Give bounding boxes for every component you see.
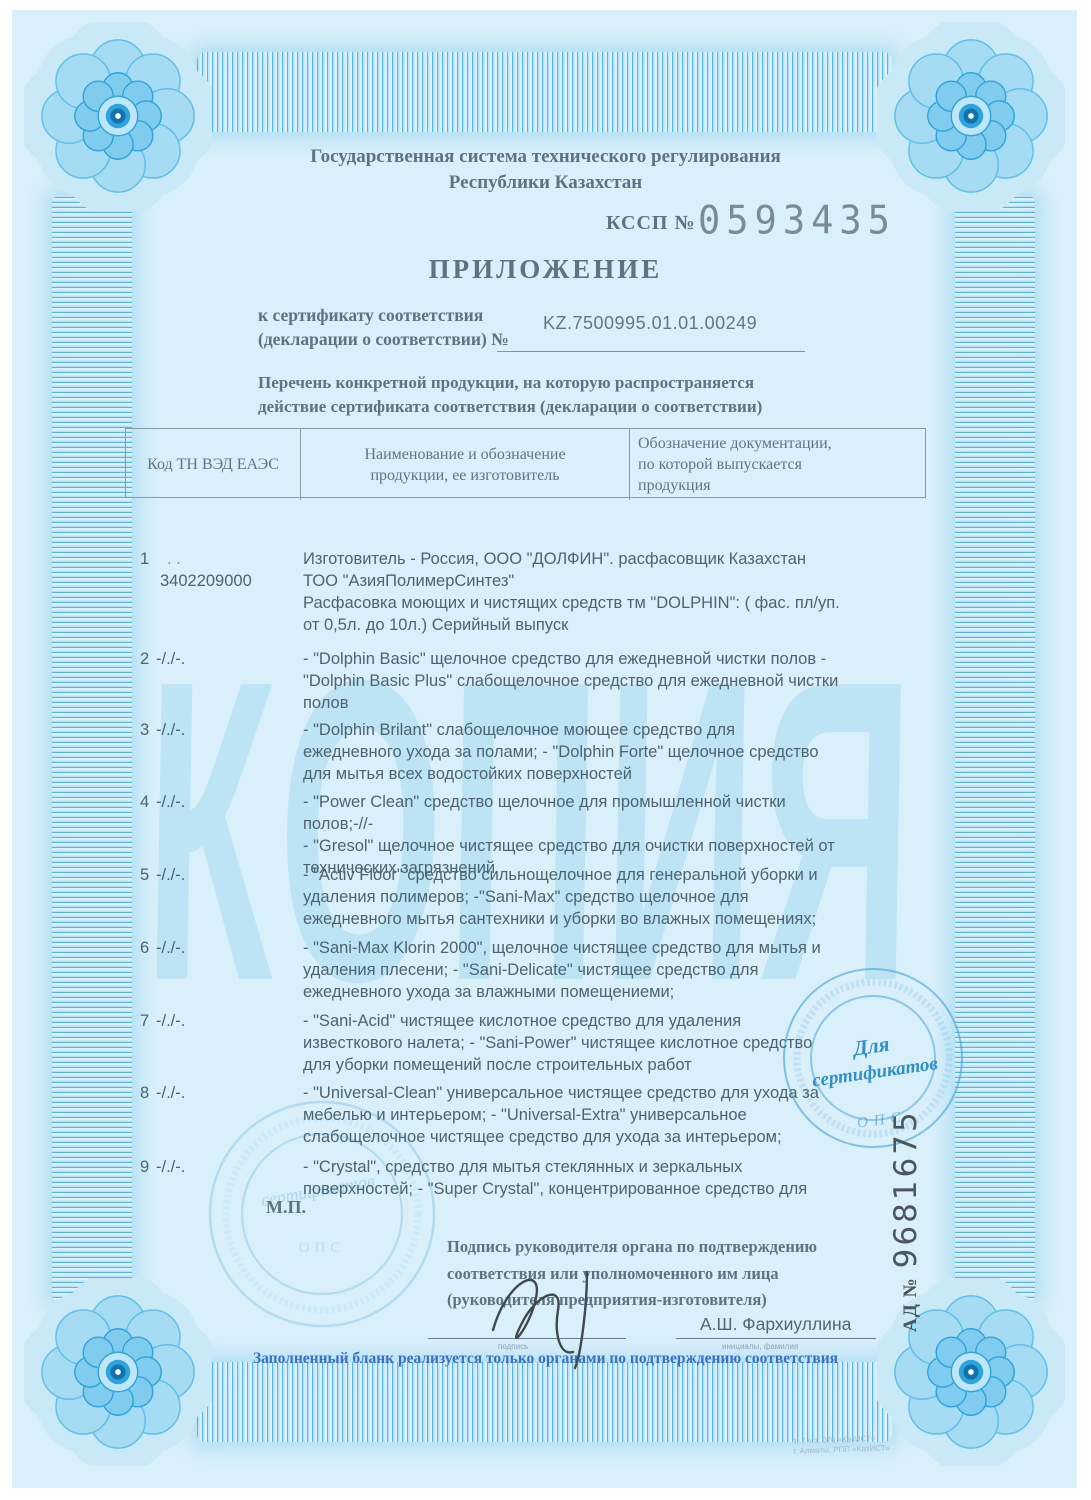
corner-rosette-bottom-left: [24, 1278, 212, 1466]
gov-system-line1: Государственная система технического рег…: [0, 146, 1091, 168]
guilloche-border-top: [197, 52, 892, 132]
seal-place-label: М.П.: [266, 1197, 306, 1218]
signatory-name: А.Ш. Фархиуллина: [700, 1314, 851, 1335]
product-table-header: Код ТН ВЭД ЕАЭС Наименование и обозначен…: [125, 428, 926, 498]
row-text: - "Crystal", средство для мытья стеклянн…: [303, 1156, 858, 1200]
signature-scribble: [475, 1258, 650, 1373]
blank-serial-number: АД №9681675: [888, 1109, 924, 1332]
kssp-number: 0593435: [698, 198, 896, 243]
name-line: [676, 1338, 876, 1339]
col-header-product-name: Наименование и обозначение продукции, ее…: [301, 429, 630, 500]
col-header-tnved: Код ТН ВЭД ЕАЭС: [126, 429, 301, 500]
guilloche-border-bottom: [197, 1362, 892, 1442]
row-text: Изготовитель - Россия, ООО "ДОЛФИН". рас…: [303, 548, 858, 636]
product-list-intro-line2: действие сертификата соответствия (декла…: [258, 397, 762, 417]
svg-text:ОПС: ОПС: [299, 1240, 346, 1256]
row-text: - "Dolphin Basic" щелочное средство для …: [303, 648, 858, 714]
guilloche-border-left: [52, 195, 132, 1303]
certificate-number-underline: [497, 351, 805, 352]
product-list-intro-line1: Перечень конкретной продукции, на котору…: [258, 373, 754, 393]
cert-caption-line1: к сертификату соответствия: [258, 305, 483, 326]
row-text: - "Sani-Acid" чистящее кислотное средств…: [303, 1010, 858, 1076]
row-text: - "Dolphin Brilant" слабощелочное моющее…: [303, 719, 858, 785]
printer-imprint: з. 7 ч.з. 070 «КазИСТ» г. Алматы, РПП «К…: [793, 1433, 890, 1455]
col-header-documentation: Обозначение документации, по которой вып…: [630, 429, 927, 500]
cert-caption-line2: (декларации о соответствии) №: [258, 329, 509, 350]
row-text: - "Activ Floor" средство сильнощелочное …: [303, 864, 858, 930]
gov-system-line2: Республики Казахстан: [0, 172, 1091, 194]
page-title: ПРИЛОЖЕНИЕ: [0, 254, 1091, 285]
certificate-number: KZ.7500995.01.01.00249: [543, 313, 757, 334]
row-text: - "Universal-Clean" универсальное чистящ…: [303, 1082, 858, 1148]
row-text: - "Sani-Max Klorin 2000", щелочное чистя…: [303, 937, 858, 1003]
kssp-label: КССП №: [606, 212, 696, 235]
